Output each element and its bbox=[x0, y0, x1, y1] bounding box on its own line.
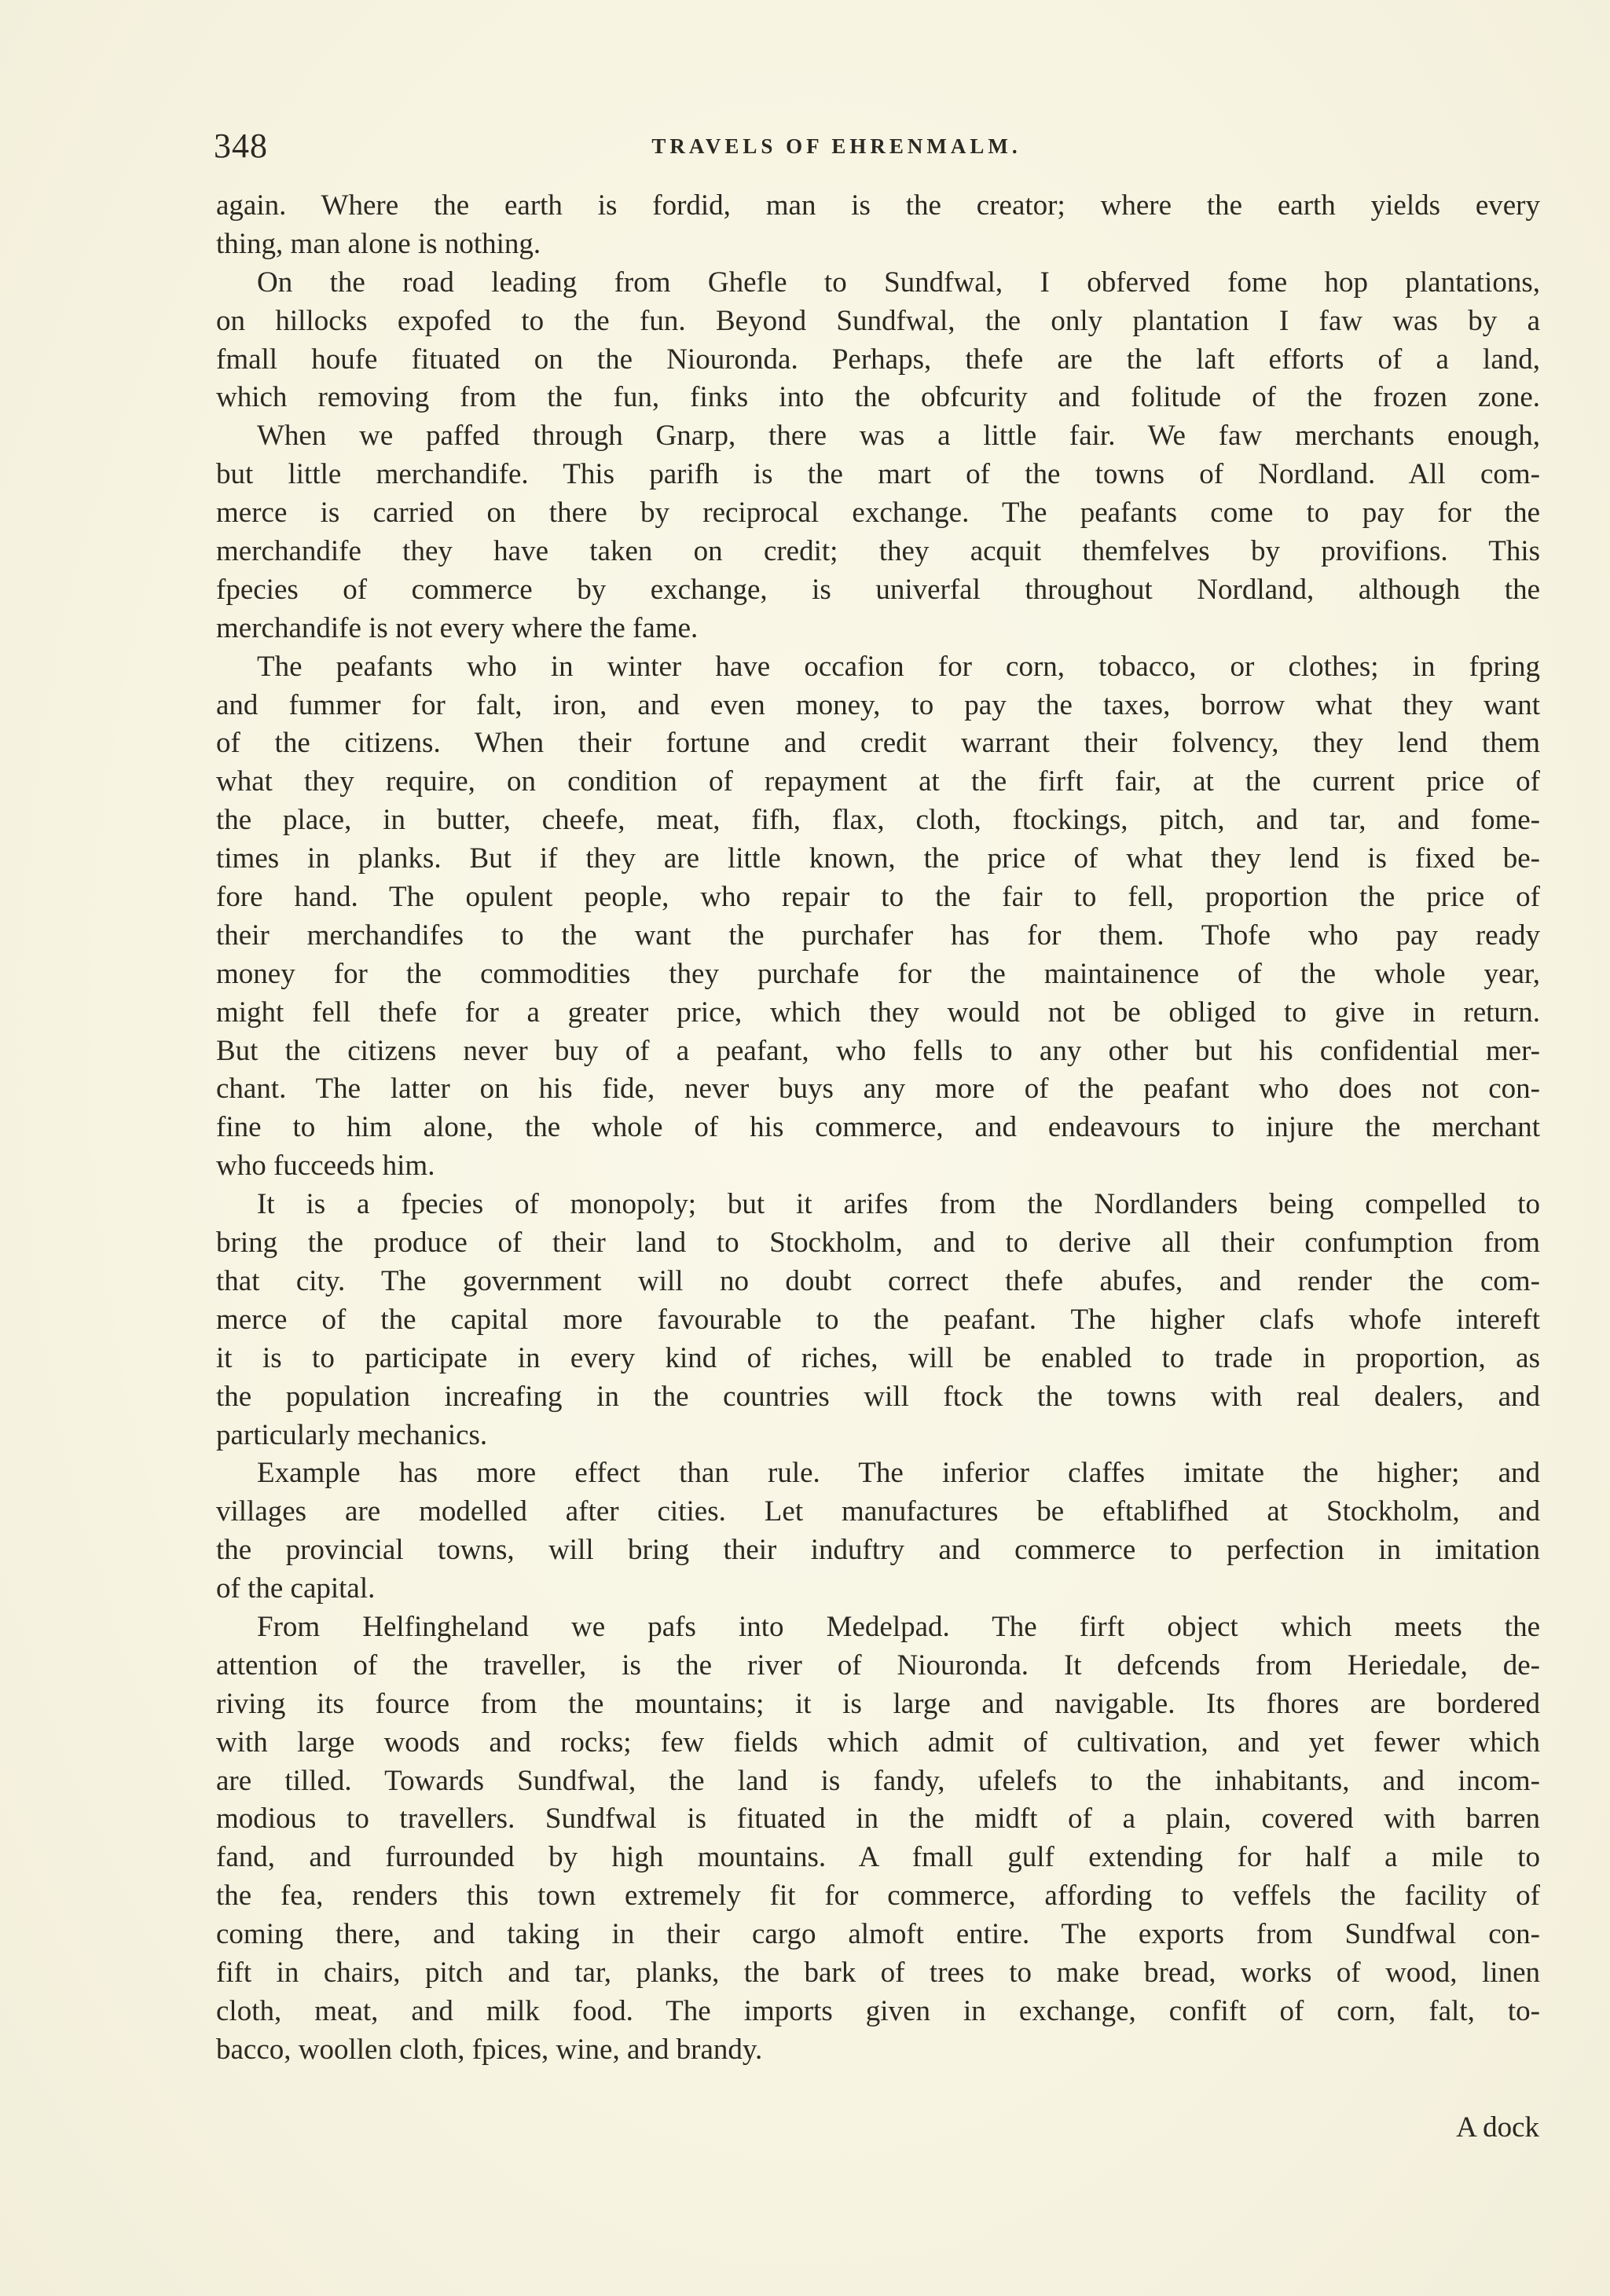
text-line: On the road leading from Ghefle to Sundf… bbox=[216, 264, 1540, 303]
text-line: villages are modelled after cities. Let … bbox=[216, 1493, 1540, 1531]
text-line: again. Where the earth is fordid, man is… bbox=[216, 187, 1540, 226]
text-line: of the capital. bbox=[216, 1570, 1540, 1608]
text-line: that city. The government will no doubt … bbox=[216, 1263, 1540, 1301]
text-line: fand, and furrounded by high mountains. … bbox=[216, 1839, 1540, 1877]
text-line: fift in chairs, pitch and tar, planks, t… bbox=[216, 1954, 1540, 1993]
text-line: riving its fource from the mountains; it… bbox=[216, 1685, 1540, 1724]
text-line: merce is carried on there by reciprocal … bbox=[216, 494, 1540, 533]
text-line: the population increafing in the countri… bbox=[216, 1378, 1540, 1417]
text-line: might fell thefe for a greater price, wh… bbox=[216, 994, 1540, 1032]
text-line: fine to him alone, the whole of his comm… bbox=[216, 1109, 1540, 1147]
text-line: coming there, and taking in their cargo … bbox=[216, 1916, 1540, 1954]
text-line: times in planks. But if they are little … bbox=[216, 840, 1540, 878]
text-line: with large woods and rocks; few fields w… bbox=[216, 1724, 1540, 1762]
text-line: bring the produce of their land to Stock… bbox=[216, 1224, 1540, 1263]
body-text: again. Where the earth is fordid, man is… bbox=[216, 187, 1540, 2070]
text-line: From Helfingheland we pafs into Medelpad… bbox=[216, 1608, 1540, 1647]
text-line: of the citizens. When their fortune and … bbox=[216, 724, 1540, 763]
text-line: cloth, meat, and milk food. The imports … bbox=[216, 1993, 1540, 2031]
text-line: the fea, renders this town extremely fit… bbox=[216, 1877, 1540, 1916]
text-line: who fucceeds him. bbox=[216, 1147, 1540, 1186]
text-line: and fummer for falt, iron, and even mone… bbox=[216, 687, 1540, 725]
running-head: TRAVELS OF EHRENMALM. bbox=[0, 130, 1610, 162]
text-line: fore hand. The opulent people, who repai… bbox=[216, 878, 1540, 917]
text-line: fmall houfe fituated on the Niouronda. P… bbox=[216, 341, 1540, 380]
text-line: it is to participate in every kind of ri… bbox=[216, 1340, 1540, 1378]
text-line: Example has more effect than rule. The i… bbox=[216, 1454, 1540, 1493]
text-line: bacco, woollen cloth, fpices, wine, and … bbox=[216, 2031, 1540, 2070]
text-line: modious to travellers. Sundfwal is fitua… bbox=[216, 1800, 1540, 1839]
text-line: are tilled. Towards Sundfwal, the land i… bbox=[216, 1762, 1540, 1801]
text-line: When we paffed through Gnarp, there was … bbox=[216, 417, 1540, 456]
text-line: thing, man alone is nothing. bbox=[216, 226, 1540, 264]
catchword: A dock bbox=[1456, 2109, 1539, 2147]
text-line: fpecies of commerce by exchange, is univ… bbox=[216, 571, 1540, 610]
text-line: The peafants who in winter have occafion… bbox=[216, 648, 1540, 687]
text-line: merchandife is not every where the fame. bbox=[216, 610, 1540, 648]
text-line: the place, in butter, cheefe, meat, fifh… bbox=[216, 801, 1540, 840]
text-line: attention of the traveller, is the river… bbox=[216, 1647, 1540, 1685]
book-page: 348 TRAVELS OF EHRENMALM. again. Where t… bbox=[0, 0, 1610, 2296]
text-line: But the citizens never buy of a peafant,… bbox=[216, 1032, 1540, 1071]
text-line: which removing from the fun, finks into … bbox=[216, 379, 1540, 417]
text-line: It is a fpecies of monopoly; but it arif… bbox=[216, 1186, 1540, 1224]
text-line: money for the commodities they purchafe … bbox=[216, 955, 1540, 994]
text-line: merchandife they have taken on credit; t… bbox=[216, 533, 1540, 571]
text-line: but little merchandife. This parifh is t… bbox=[216, 456, 1540, 494]
text-line: the provincial towns, will bring their i… bbox=[216, 1531, 1540, 1570]
text-line: chant. The latter on his fide, never buy… bbox=[216, 1070, 1540, 1109]
text-line: merce of the capital more favourable to … bbox=[216, 1301, 1540, 1340]
text-line: their merchandifes to the want the purch… bbox=[216, 917, 1540, 955]
text-line: particularly mechanics. bbox=[216, 1417, 1540, 1455]
text-line: what they require, on condition of repay… bbox=[216, 763, 1540, 801]
text-line: on hillocks expofed to the fun. Beyond S… bbox=[216, 303, 1540, 341]
